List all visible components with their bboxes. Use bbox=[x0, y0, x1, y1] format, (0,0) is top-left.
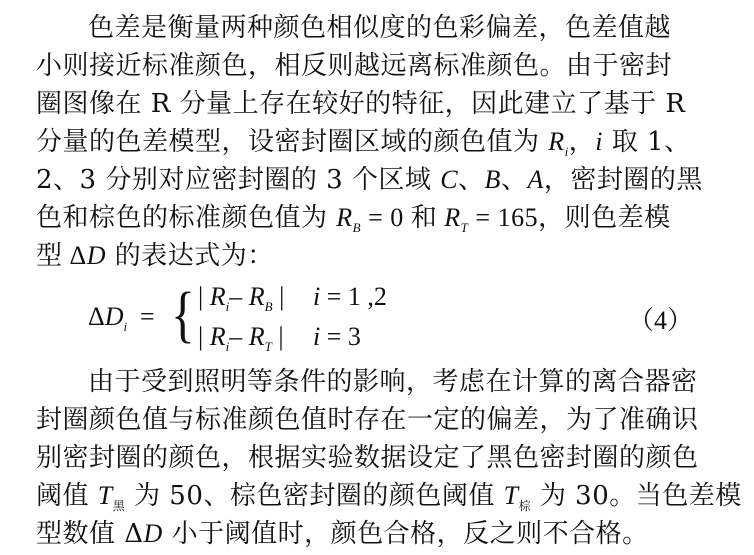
text-line: 型 ΔD 的表达式为： bbox=[36, 240, 668, 272]
subscript-B: B bbox=[265, 299, 273, 314]
subscript-T: T bbox=[265, 339, 272, 354]
equation-number: （4） bbox=[628, 300, 693, 337]
text-line: 分量的色差模型，设密封圈区域的颜色值为 Ri，i 取 1、 bbox=[36, 126, 668, 158]
var-D: D bbox=[144, 519, 163, 548]
condition-text: = 3 bbox=[320, 322, 361, 351]
text-span: = 165，则色差模 bbox=[468, 203, 670, 232]
case-1-expression: | Ri– RB | bbox=[198, 282, 284, 312]
abs-bar: | bbox=[198, 282, 210, 311]
var-D: D bbox=[87, 241, 106, 270]
text-line: 色差是衡量两种颜色相似度的色彩偏差，色差值越 bbox=[88, 12, 668, 44]
var-R: R bbox=[210, 322, 226, 351]
subscript-black: 黑 bbox=[113, 499, 126, 513]
case-2-expression: | Ri– RT | bbox=[198, 322, 284, 352]
equation-lhs: ΔDi bbox=[88, 302, 127, 332]
var-i: i bbox=[595, 127, 603, 156]
minus-sign: – bbox=[229, 322, 249, 351]
var-R: R bbox=[548, 127, 564, 156]
text-line: 型数值 ΔD 小于阈值时，颜色合格，反之则不合格。 bbox=[36, 518, 668, 550]
var-A: A bbox=[527, 165, 543, 194]
text-span: ，密封圈的黑 bbox=[544, 165, 703, 195]
abs-bar: | bbox=[273, 282, 285, 311]
case-2-condition: i = 3 bbox=[313, 322, 361, 352]
subscript-i: i bbox=[124, 319, 128, 334]
text-span: 阈值 bbox=[36, 481, 98, 511]
var-D: D bbox=[105, 302, 124, 331]
text-span: 、 bbox=[501, 165, 528, 195]
text-line: 圈图像在 R 分量上存在较好的特征，因此建立了基于 R bbox=[36, 88, 668, 120]
text-span: 为 30。当色差模 bbox=[531, 481, 742, 511]
subscript-brown: 棕 bbox=[519, 499, 532, 513]
text-span: 型 Δ bbox=[36, 241, 87, 270]
minus-sign: – bbox=[229, 282, 249, 311]
text-span: 取 1、 bbox=[603, 127, 691, 157]
left-brace: { bbox=[171, 280, 195, 350]
var-T: T bbox=[504, 481, 519, 510]
text-span: 的表达式为： bbox=[106, 241, 274, 271]
equals-sign: = bbox=[140, 302, 155, 332]
text-span: = 0 和 bbox=[361, 203, 444, 232]
var-R: R bbox=[210, 282, 226, 311]
var-R: R bbox=[336, 203, 352, 232]
text-line: 封圈颜色值与标准颜色值时存在一定的偏差，为了准确识 bbox=[36, 404, 668, 436]
subscript-B: B bbox=[353, 220, 361, 235]
text-line: 2、3 分别对应密封圈的 3 个区域 C、B、A，密封圈的黑 bbox=[36, 164, 668, 196]
text-span: 2、3 分别对应密封圈的 3 个区域 bbox=[36, 165, 440, 195]
equation-4: ΔDi = { | Ri– RB | i = 1 ,2 | Ri– RT | i… bbox=[88, 280, 688, 360]
text-line: 由于受到照明等条件的影响，考虑在计算的离合器密 bbox=[88, 366, 668, 398]
delta-symbol: Δ bbox=[88, 302, 105, 331]
var-R: R bbox=[249, 282, 265, 311]
text-line: 小则接近标准颜色，相反则越远离标准颜色。由于密封 bbox=[36, 50, 668, 82]
var-R: R bbox=[249, 322, 265, 351]
abs-bar: | bbox=[272, 322, 284, 351]
case-1-condition: i = 1 ,2 bbox=[313, 282, 387, 312]
text-span: 色和棕色的标准颜色值为 bbox=[36, 203, 336, 233]
text-span: ， bbox=[569, 127, 596, 157]
text-span: 型数值 Δ bbox=[36, 519, 144, 549]
abs-bar: | bbox=[198, 322, 210, 351]
var-T: T bbox=[98, 481, 113, 510]
condition-text: = 1 ,2 bbox=[320, 282, 387, 311]
text-line: 色和棕色的标准颜色值为 RB = 0 和 RT = 165，则色差模 bbox=[36, 202, 668, 234]
text-line: 别密封圈的颜色，根据实验数据设定了黑色密封圈的颜色 bbox=[36, 442, 668, 474]
var-C: C bbox=[440, 165, 458, 194]
text-span: 为 50、棕色密封圈的颜色阈值 bbox=[125, 481, 503, 511]
text-span: 、 bbox=[458, 165, 485, 195]
var-R: R bbox=[444, 203, 460, 232]
text-span: 分量的色差模型，设密封圈区域的颜色值为 bbox=[36, 127, 548, 157]
text-line: 阈值 T黑 为 50、棕色密封圈的颜色阈值 T棕 为 30。当色差模 bbox=[36, 480, 668, 512]
var-B: B bbox=[485, 165, 501, 194]
text-span: 小于阈值时，颜色合格，反之则不合格。 bbox=[163, 519, 649, 549]
